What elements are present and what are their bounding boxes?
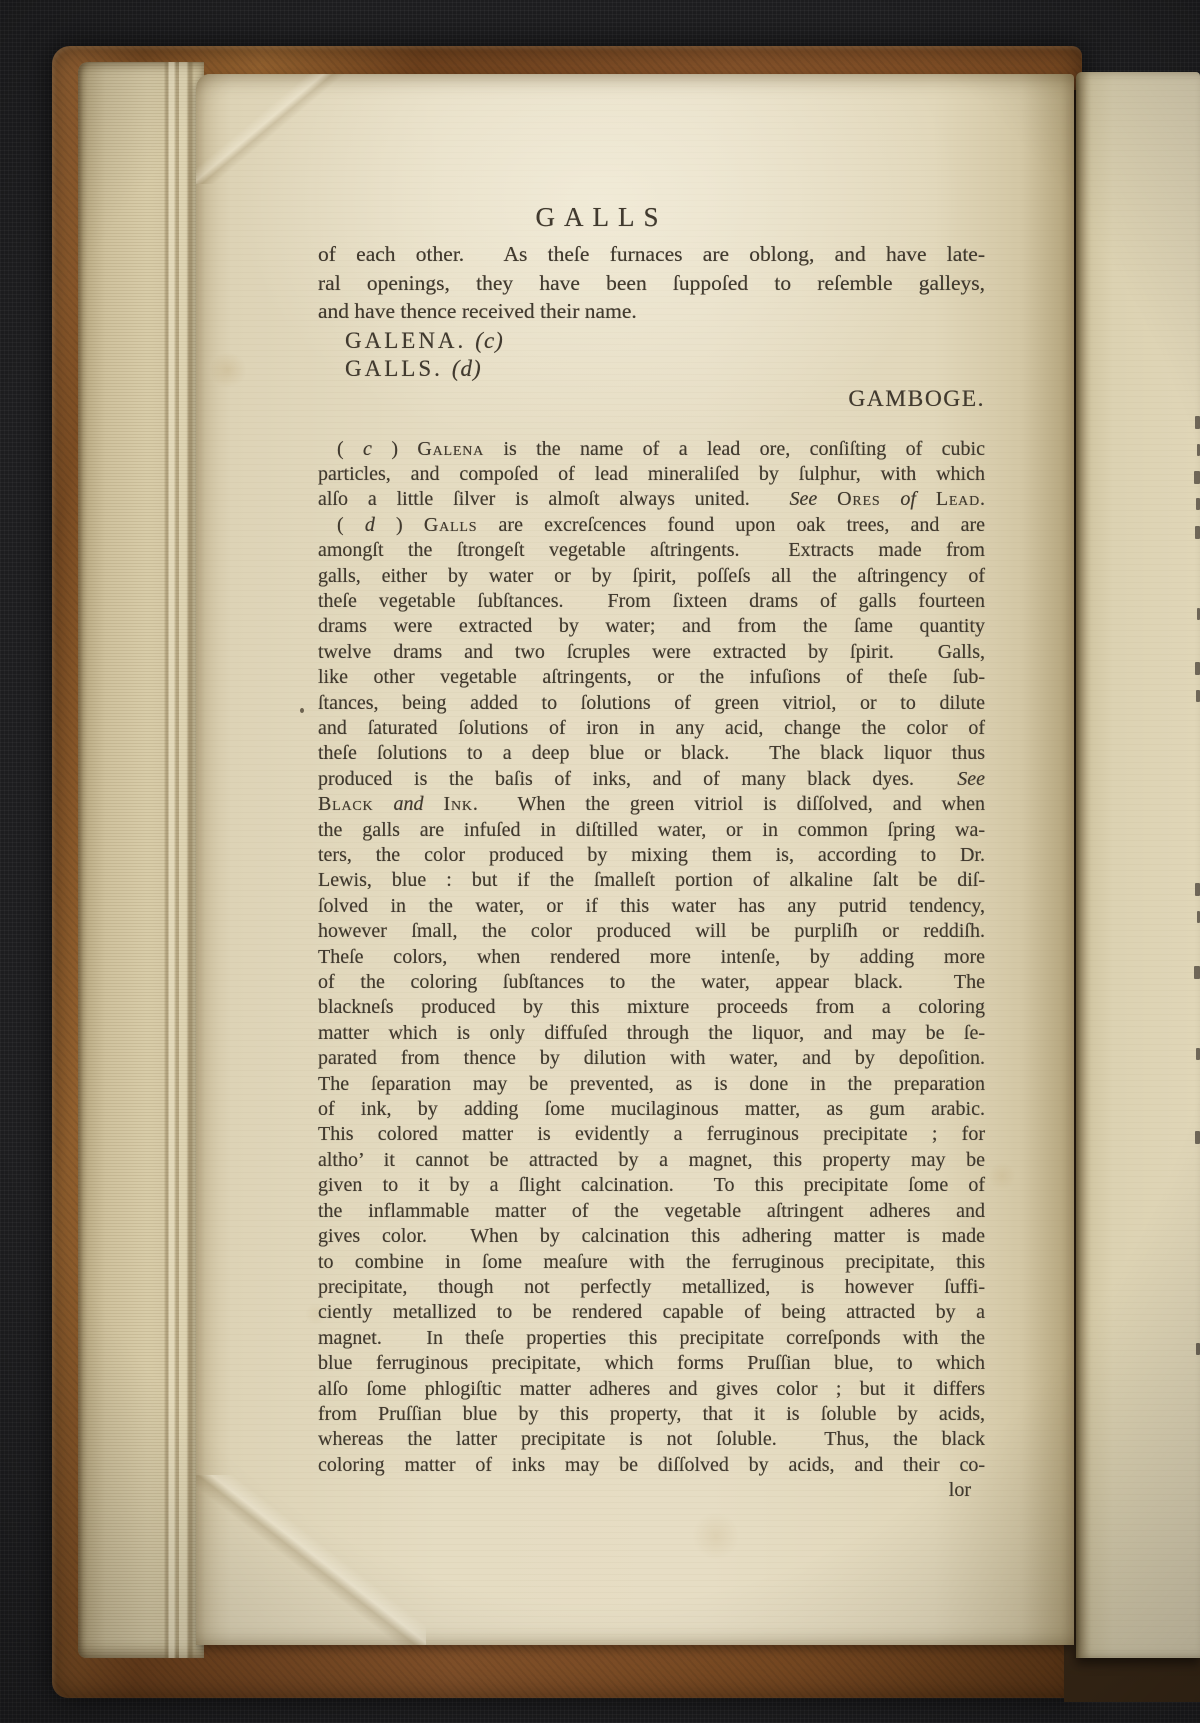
- entry-list: GALENA.(c) GALLS.(d): [318, 327, 985, 383]
- footnote-line: galls, either by water or by ſpirit, poſ…: [318, 564, 985, 589]
- footnote-line: the inflammable matter of the vegetable …: [318, 1199, 985, 1224]
- footnote-line: particles, and compoſed of lead minerali…: [318, 462, 985, 487]
- page-block-fore-edge: [78, 62, 204, 1658]
- ink-speck: [300, 708, 304, 713]
- small-caps-term: Galls: [424, 514, 477, 536]
- footnote-line: amongſt the ſtrongeſt vegetable aſtringe…: [318, 538, 985, 563]
- running-head: GALLS: [318, 202, 985, 232]
- cut-off-text-sliver: [1194, 471, 1200, 484]
- footnote-line: ters, the color produced by mixing them …: [318, 843, 985, 868]
- footnote-line: of the coloring ſubſtances to the water,…: [318, 970, 985, 995]
- entry-footnote-ref: (d): [452, 356, 482, 381]
- footnote-line: Black and Ink. When the green vitriol is…: [318, 792, 985, 817]
- catchword: lor: [318, 1478, 985, 1503]
- cut-off-text-sliver: [1194, 966, 1200, 979]
- cut-off-text-sliver: [1196, 498, 1200, 510]
- footnote-line: of ink, by adding ſome mucilaginous matt…: [318, 1097, 985, 1122]
- italic-text: d: [365, 514, 375, 536]
- cut-off-text-sliver: [1195, 883, 1200, 896]
- cut-off-text-sliver: [1195, 416, 1200, 429]
- footnote-line: ( c ) Galena is the name of a lead ore, …: [318, 437, 985, 462]
- footnote-line: gives color. When by calcination this ad…: [318, 1224, 985, 1249]
- small-caps-term: .: [980, 488, 985, 510]
- footnote-line: like other vegetable aſtringents, or the…: [318, 665, 985, 690]
- footnote-line: drams were extracted by water; and from …: [318, 614, 985, 639]
- paragraph-line: and have thence received their name.: [318, 297, 985, 326]
- small-caps-term: . When the green vitriol is diſſolved, a…: [473, 793, 985, 815]
- small-caps-term: [881, 488, 901, 510]
- footnote-line: alſo ſome phlogiſtic matter adheres and …: [318, 1377, 985, 1402]
- footnote-line: magnet. In theſe properties this precipi…: [318, 1326, 985, 1351]
- entry-galena: GALENA.(c): [318, 327, 985, 355]
- footnote-line: The ſeparation may be prevented, as is d…: [318, 1072, 985, 1097]
- cut-off-text-sliver: [1196, 1343, 1200, 1355]
- small-caps-term: Ores: [837, 488, 880, 510]
- footnote-line: This colored matter is evidently a ferru…: [318, 1122, 985, 1147]
- paragraph-line: of each other. As theſe furnaces are obl…: [318, 240, 985, 269]
- small-caps-term: (: [337, 514, 365, 536]
- small-caps-term: [424, 793, 444, 815]
- small-caps-term: produced is the baſis of inks, and of ma…: [318, 768, 957, 790]
- small-caps-term: are excreſcences found upon oak trees, a…: [477, 514, 985, 536]
- italic-text: of: [900, 488, 916, 510]
- footnote-line: from Pruſſian blue by this property, tha…: [318, 1402, 985, 1427]
- footnote-line: whereas the latter precipitate is not ſo…: [318, 1427, 985, 1452]
- small-caps-term: [817, 488, 837, 510]
- cut-off-text-sliver: [1196, 1048, 1200, 1060]
- footnote-line: given to it by a ſlight calcination. To …: [318, 1173, 985, 1198]
- footnote-line: theſe vegetable ſubſtances. From ſixteen…: [318, 589, 985, 614]
- opening-paragraph: of each other. As theſe furnaces are obl…: [318, 240, 985, 326]
- footnote-line: Theſe colors, when rendered more intenſe…: [318, 945, 985, 970]
- footnote-line: twelve drams and two ſcruples were extra…: [318, 640, 985, 665]
- small-caps-term: [373, 793, 393, 815]
- footnote-line: and ſaturated ſolutions of iron in any a…: [318, 716, 985, 741]
- footnote-line: theſe ſolutions to a deep blue or black.…: [318, 741, 985, 766]
- small-caps-term: alſo a little ſilver is almoſt always un…: [318, 488, 790, 510]
- left-page: GALLS of each other. As theſe furnaces a…: [196, 74, 1074, 1645]
- footnote-line: ſtances, being added to ſolutions of gre…: [318, 691, 985, 716]
- cut-off-text-sliver: [1196, 690, 1200, 702]
- footnote-line: precipitate, though not perfectly metall…: [318, 1275, 985, 1300]
- small-caps-term: Black: [318, 793, 373, 815]
- footnote-line: blue ferruginous precipitate, which form…: [318, 1351, 985, 1376]
- cut-off-text-sliver: [1195, 526, 1200, 539]
- footnote-line: the galls are infuſed in diſtilled water…: [318, 818, 985, 843]
- footnote-line: Lewis, blue : but if the ſmalleſt portio…: [318, 868, 985, 893]
- book-photograph: GALLS of each other. As theſe furnaces a…: [0, 0, 1200, 1723]
- small-caps-term: Galena: [417, 438, 484, 460]
- footnote-line: ſolved in the water, or if this water ha…: [318, 894, 985, 919]
- entry-word: GALENA.: [345, 328, 466, 353]
- next-headword: GAMBOGE.: [318, 386, 985, 412]
- footnote-line: alſo a little ſilver is almoſt always un…: [318, 487, 985, 512]
- paragraph-line: ral openings, they have been ſuppoſed to…: [318, 269, 985, 298]
- cut-off-text-sliver: [1195, 1131, 1200, 1144]
- footnote-line: coloring matter of inks may be diſſolved…: [318, 1453, 985, 1478]
- small-caps-term: Lead: [936, 488, 980, 510]
- entry-galls: GALLS.(d): [318, 355, 985, 383]
- footnote-line: produced is the baſis of inks, and of ma…: [318, 767, 985, 792]
- text-column: GALLS of each other. As theſe furnaces a…: [318, 202, 985, 1503]
- small-caps-term: [916, 488, 936, 510]
- small-caps-term: ): [375, 514, 424, 536]
- italic-text: c: [363, 438, 372, 460]
- footnote-line: to combine in ſome meaſure with the ferr…: [318, 1250, 985, 1275]
- cut-off-text-sliver: [1195, 662, 1200, 675]
- small-caps-term: Ink: [444, 793, 473, 815]
- entry-word: GALLS.: [345, 356, 443, 381]
- footnote-line: blackneſs produced by this mixture proce…: [318, 995, 985, 1020]
- footnotes-block: ( c ) Galena is the name of a lead ore, …: [318, 437, 985, 1479]
- footnote-line: altho’ it cannot be attracted by a magne…: [318, 1148, 985, 1173]
- entry-footnote-ref: (c): [475, 328, 504, 353]
- footnote-line: however ſmall, the color produced will b…: [318, 919, 985, 944]
- facing-page-edge: [1076, 72, 1200, 1658]
- italic-text: See: [957, 768, 985, 790]
- small-caps-term: (: [337, 438, 363, 460]
- footnote-line: ciently metallized to be rendered capabl…: [318, 1300, 985, 1325]
- footnote-line: parated from thence by dilution with wat…: [318, 1046, 985, 1071]
- italic-text: and: [394, 793, 424, 815]
- footnote-line: ( d ) Galls are excreſcences found upon …: [318, 513, 985, 538]
- small-caps-term: ): [372, 438, 417, 460]
- footnote-line: matter which is only diffuſed through th…: [318, 1021, 985, 1046]
- italic-text: See: [790, 488, 818, 510]
- small-caps-term: is the name of a lead ore, conſiſting of…: [484, 438, 985, 460]
